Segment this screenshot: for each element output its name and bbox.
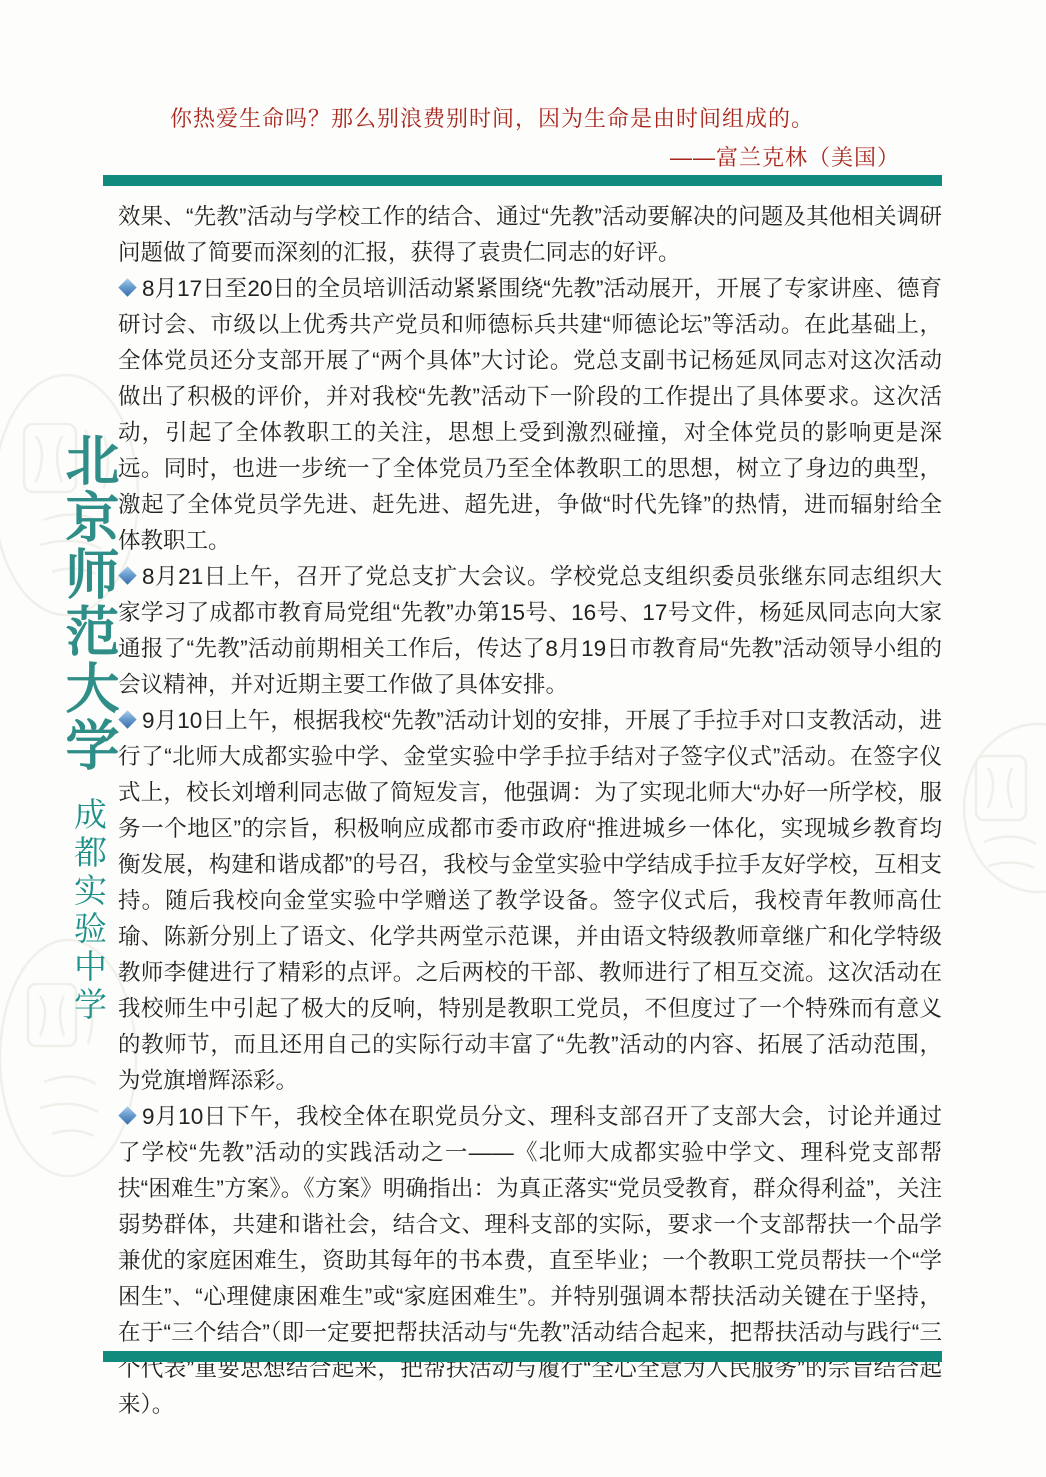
paragraph-sep10-afternoon: 9月10日下午，我校全体在职党员分文、理科支部召开了支部大会，讨论并通过了学校“…: [118, 1099, 942, 1423]
bottom-divider-bar: [103, 1351, 942, 1362]
diamond-bullet-icon: [118, 566, 139, 586]
paragraph-sep10-morning: 9月10日上午，根据我校“先教”活动计划的安排，开展了手拉手对口支教活动，进行了…: [118, 703, 942, 1099]
paragraph-text: 8月17日至20日的全员培训活动紧紧围绕“先教”活动展开，开展了专家讲座、德育研…: [118, 276, 942, 553]
motto-quote-attribution: ——富兰克林（美国）: [170, 139, 900, 176]
body-text: 效果、“先教”活动与学校工作的结合、通过“先教”活动要解决的问题及其他相关调研问…: [118, 199, 942, 1423]
seal-right-icon: [964, 724, 1046, 892]
school-name-vertical: 成都实验中学: [71, 797, 105, 1037]
top-divider-bar: [103, 175, 942, 186]
paragraph-text: 9月10日上午，根据我校“先教”活动计划的安排，开展了手拉手对口支教活动，进行了…: [118, 708, 942, 1093]
motto-quote-block: 你热爱生命吗？那么别浪费别时间，因为生命是由时间组成的。 ——富兰克林（美国）: [170, 100, 900, 176]
diamond-bullet-icon: [118, 710, 139, 730]
diamond-bullet-icon: [118, 1106, 139, 1126]
paragraph-aug21: 8月21日上午，召开了党总支扩大会议。学校党总支组织委员张继东同志组织大家学习了…: [118, 559, 942, 703]
paragraph-aug17: 8月17日至20日的全员培训活动紧紧围绕“先教”活动展开，开展了专家讲座、德育研…: [118, 271, 942, 559]
seal-bottom-left-icon: [0, 940, 136, 1176]
motto-quote-text: 你热爱生命吗？那么别浪费别时间，因为生命是由时间组成的。: [170, 100, 900, 137]
paragraph-continuation: 效果、“先教”活动与学校工作的结合、通过“先教”活动要解决的问题及其他相关调研问…: [118, 199, 942, 271]
university-calligraphy-vertical: 北京师范大学: [60, 432, 118, 792]
diamond-bullet-icon: [118, 278, 139, 298]
document-page: 你热爱生命吗？那么别浪费别时间，因为生命是由时间组成的。 ——富兰克林（美国） …: [0, 0, 1046, 1477]
paragraph-text: 效果、“先教”活动与学校工作的结合、通过“先教”活动要解决的问题及其他相关调研问…: [118, 204, 942, 265]
paragraph-text: 9月10日下午，我校全体在职党员分文、理科支部召开了支部大会，讨论并通过了学校“…: [118, 1104, 942, 1417]
paragraph-text: 8月21日上午，召开了党总支扩大会议。学校党总支组织委员张继东同志组织大家学习了…: [118, 564, 942, 697]
